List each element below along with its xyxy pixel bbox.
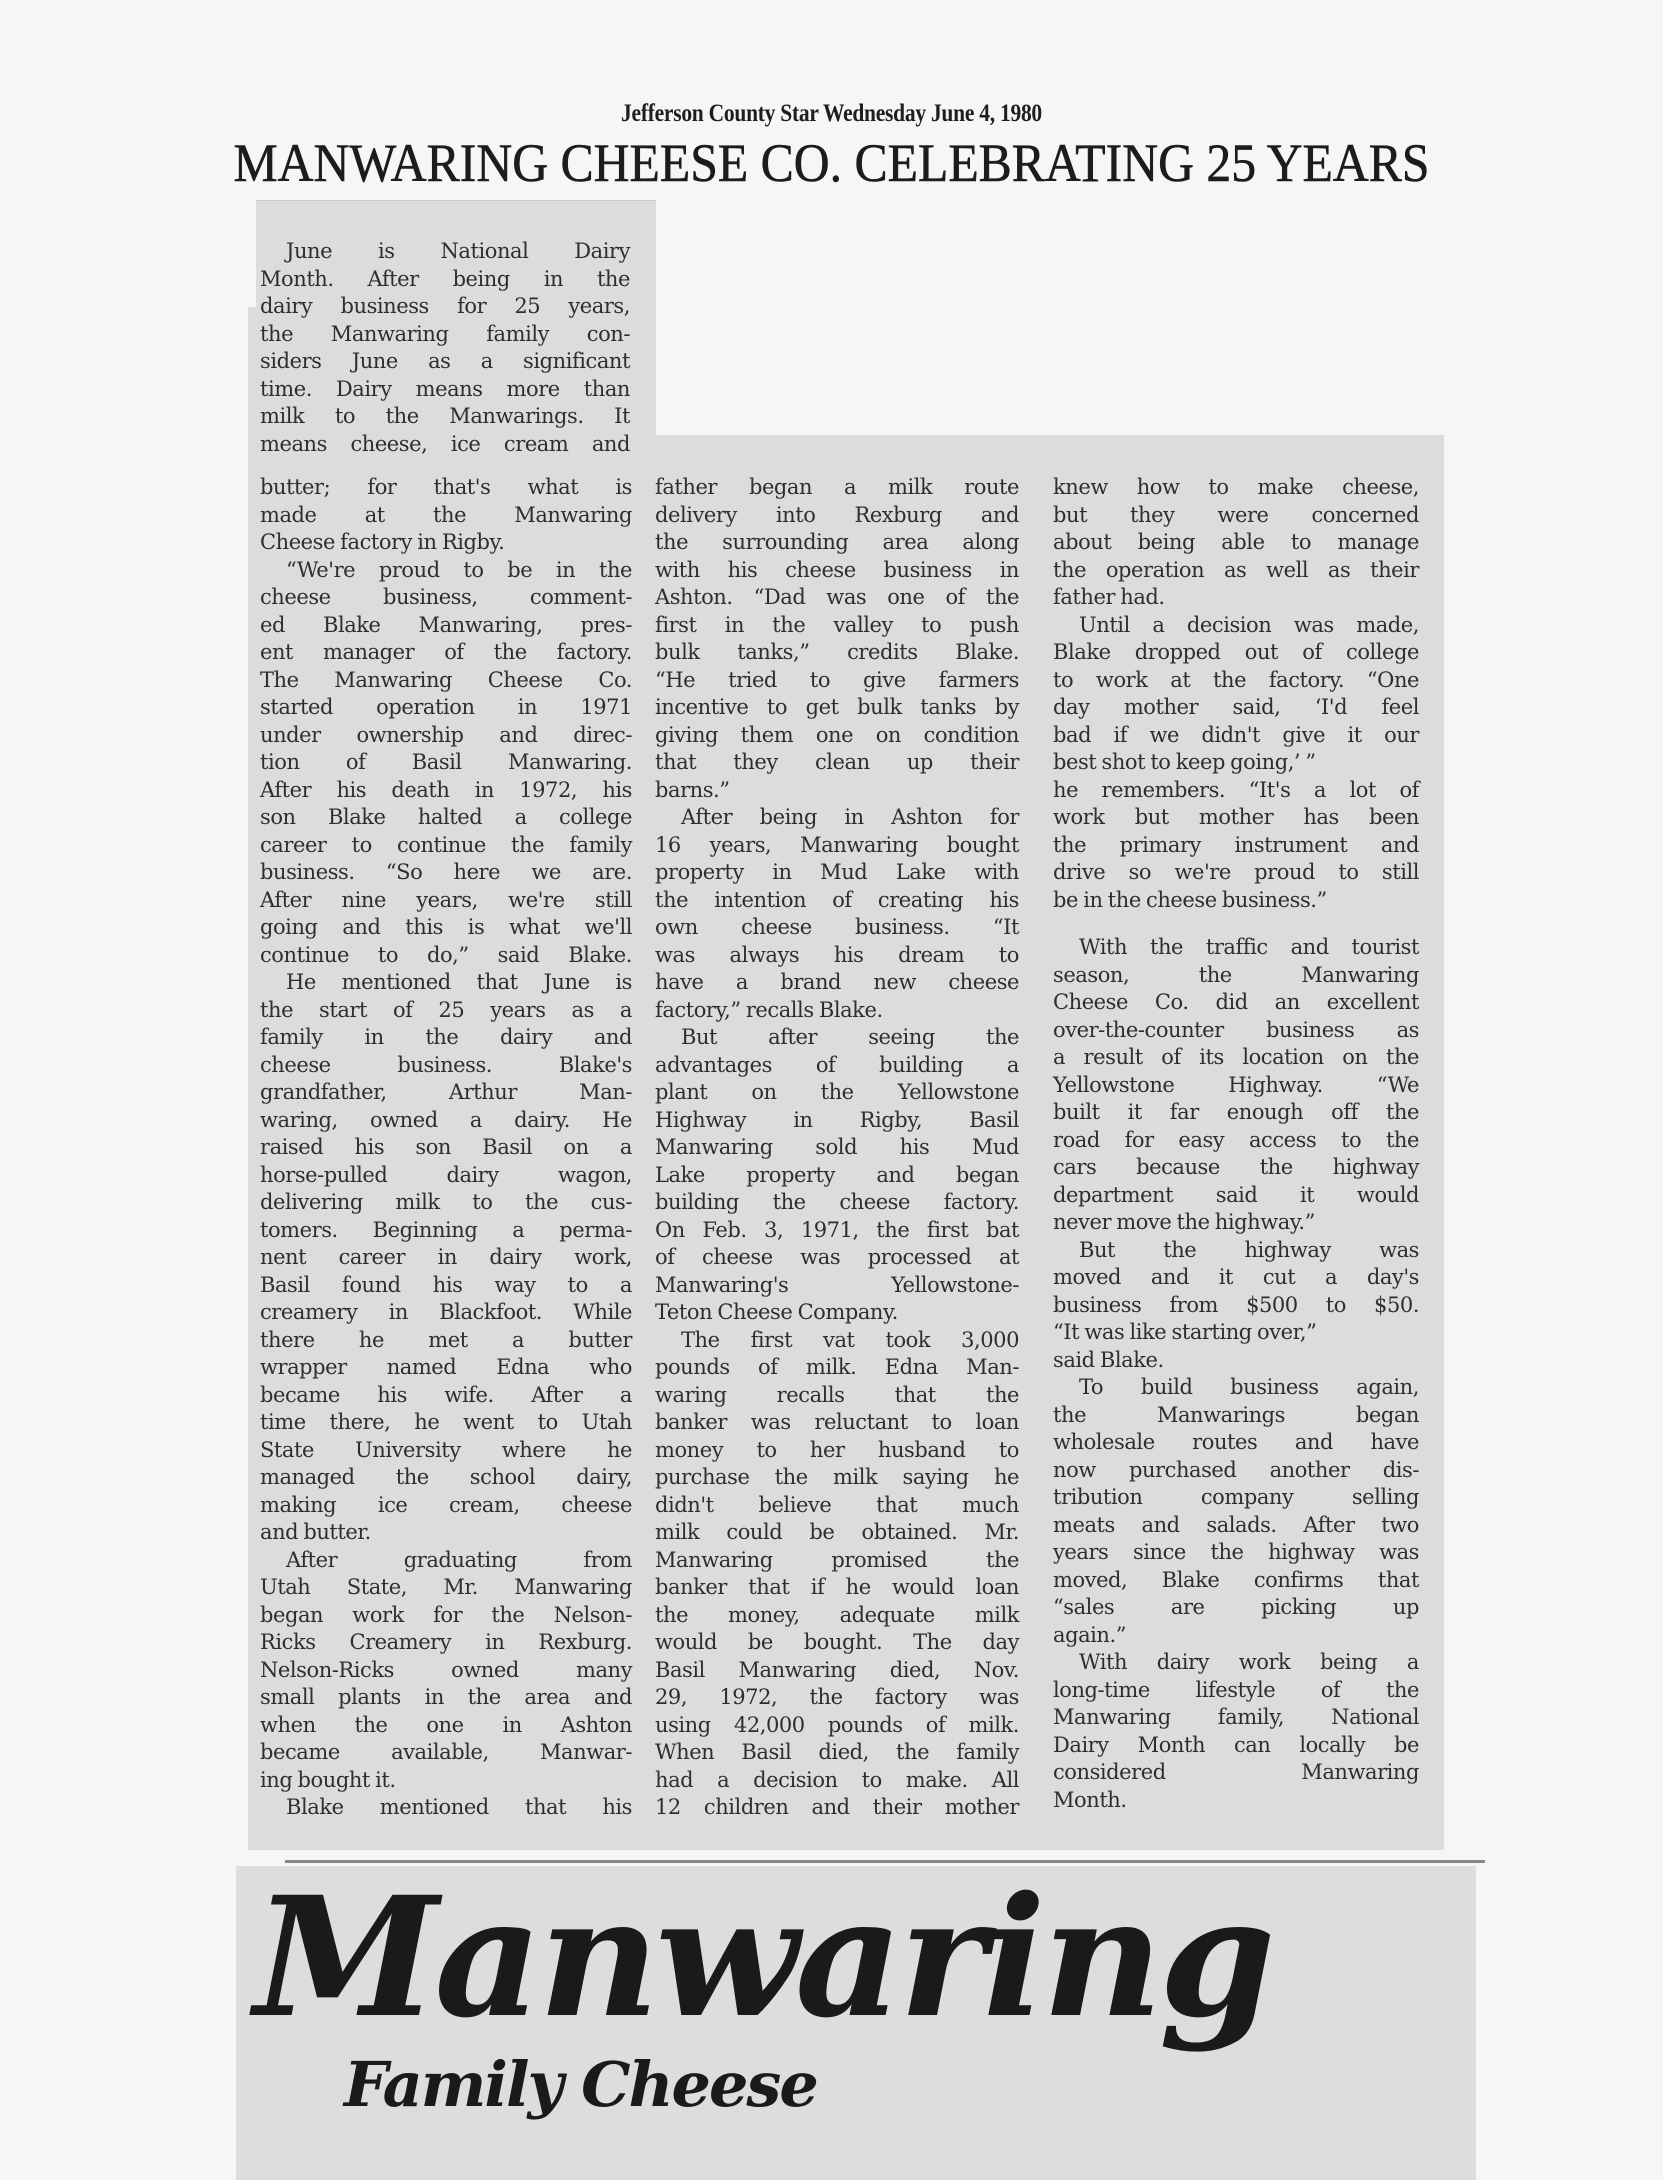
article-line: didn't believe that much (655, 1492, 1019, 1520)
article-line: with his cheese business in (655, 557, 1019, 585)
article-line: dairy business for 25 years, (260, 293, 630, 321)
article-line: first in the valley to push (655, 612, 1019, 640)
article-line: own cheese business. “It (655, 914, 1019, 942)
article-line: money to her husband to (655, 1437, 1019, 1465)
article-line: had a decision to make. All (655, 1767, 1019, 1795)
article-line: June is National Dairy (260, 238, 630, 266)
article-line: 12 children and their mother (655, 1794, 1019, 1822)
article-line: wholesale routes and have (1053, 1429, 1419, 1457)
article-line: that they clean up their (655, 749, 1019, 777)
article-line: purchase the milk saying he (655, 1464, 1019, 1492)
article-line: business. “So here we are. (260, 859, 632, 887)
article-line: Cheese Co. did an excellent (1053, 989, 1419, 1017)
article-line: never move the highway.” (1053, 1209, 1419, 1237)
article-line: road for easy access to the (1053, 1127, 1419, 1155)
article-line: Month. After being in the (260, 266, 630, 294)
article-line: and butter. (260, 1519, 632, 1547)
article-line: a result of its location on the (1053, 1044, 1419, 1072)
article-line: means cheese, ice cream and (260, 431, 630, 459)
article-line: when the one in Ashton (260, 1712, 632, 1740)
article-line: giving them one on condition (655, 722, 1019, 750)
article-line: family in the dairy and (260, 1024, 632, 1052)
article-line: business from $500 to $50. (1053, 1292, 1419, 1320)
article-line: milk to the Manwarings. It (260, 403, 630, 431)
article-line: the money, adequate milk (655, 1602, 1019, 1630)
article-line: son Blake halted a college (260, 804, 632, 832)
article-line: banker was reluctant to loan (655, 1409, 1019, 1437)
article-line: The Manwaring Cheese Co. (260, 667, 632, 695)
article-line: using 42,000 pounds of milk. (655, 1712, 1019, 1740)
dateline: Jefferson County Star Wednesday June 4, … (116, 100, 1546, 128)
article-line: State University where he (260, 1437, 632, 1465)
article-line: With the traffic and tourist (1053, 934, 1419, 962)
article-line: the primary instrument and (1053, 832, 1419, 860)
article-line: delivery into Rexburg and (655, 502, 1019, 530)
article-line: pounds of milk. Edna Man- (655, 1354, 1019, 1382)
article-line: tion of Basil Manwaring. (260, 749, 632, 777)
advertisement: Manwaring Family Cheese (236, 1866, 1476, 2180)
article-line: the Manwarings began (1053, 1402, 1419, 1430)
article-lead: June is National DairyMonth. After being… (260, 238, 630, 458)
article-line: cars because the highway (1053, 1154, 1419, 1182)
article-column-2: father began a milk routedelivery into R… (655, 474, 1019, 1822)
article-line: “sales are picking up (1053, 1594, 1419, 1622)
article-line: the surrounding area along (655, 529, 1019, 557)
article-line: Ashton. “Dad was one of the (655, 584, 1019, 612)
article-line: After being in Ashton for (655, 804, 1019, 832)
article-line: property in Mud Lake with (655, 859, 1019, 887)
article-line: Basil found his way to a (260, 1272, 632, 1300)
article-line: tomers. Beginning a perma- (260, 1217, 632, 1245)
article-line: work but mother has been (1053, 804, 1419, 832)
article-line: time there, he went to Utah (260, 1409, 632, 1437)
article-line: “He tried to give farmers (655, 667, 1019, 695)
article-line: barns.” (655, 777, 1019, 805)
article-line: became available, Manwar- (260, 1739, 632, 1767)
article-line: cheese business, comment- (260, 584, 632, 612)
article-line: bad if we didn't give it our (1053, 722, 1419, 750)
article-line: over-the-counter business as (1053, 1017, 1419, 1045)
article-column-3: knew how to make cheese,but they were co… (1053, 474, 1419, 1814)
article-line: of cheese was processed at (655, 1244, 1019, 1272)
article-line: ing bought it. (260, 1767, 632, 1795)
article-line: Lake property and began (655, 1162, 1019, 1190)
article-line: When Basil died, the family (655, 1739, 1019, 1767)
article-line: tribution company selling (1053, 1484, 1419, 1512)
article-line: delivering milk to the cus- (260, 1189, 632, 1217)
article-line: waring, owned a dairy. He (260, 1107, 632, 1135)
article-line: he remembers. “It's a lot of (1053, 777, 1419, 805)
article-line: Nelson-Ricks owned many (260, 1657, 632, 1685)
article-line: Basil Manwaring died, Nov. (655, 1657, 1019, 1685)
article-line: was always his dream to (655, 942, 1019, 970)
article-line: continue to do,” said Blake. (260, 942, 632, 970)
article-line: raised his son Basil on a (260, 1134, 632, 1162)
paragraph-gap (1053, 914, 1419, 934)
article-line: but they were concerned (1053, 502, 1419, 530)
article-line: years since the highway was (1053, 1539, 1419, 1567)
article-line: again.” (1053, 1622, 1419, 1650)
article-column-1: butter; for that's what ismade at the Ma… (260, 474, 632, 1822)
article-line: Ricks Creamery in Rexburg. (260, 1629, 632, 1657)
article-line: moved, Blake confirms that (1053, 1567, 1419, 1595)
article-line: father began a milk route (655, 474, 1019, 502)
article-line: made at the Manwaring (260, 502, 632, 530)
article-column-3-part-2: With the traffic and touristseason, the … (1053, 934, 1419, 1814)
article-line: Until a decision was made, (1053, 612, 1419, 640)
article-line: season, the Manwaring (1053, 962, 1419, 990)
article-line: became his wife. After a (260, 1382, 632, 1410)
article-line: considered Manwaring (1053, 1759, 1419, 1787)
article-line: wrapper named Edna who (260, 1354, 632, 1382)
article-line: After his death in 1972, his (260, 777, 632, 805)
article-line: built it far enough off the (1053, 1099, 1419, 1127)
article-line: Manwaring family, National (1053, 1704, 1419, 1732)
article-line: moved and it cut a day's (1053, 1264, 1419, 1292)
article-line: going and this is what we'll (260, 914, 632, 942)
article-line: time. Dairy means more than (260, 376, 630, 404)
article-line: day mother said, ‘I'd feel (1053, 694, 1419, 722)
article-line: factory,” recalls Blake. (655, 997, 1019, 1025)
article-line: long-time lifestyle of the (1053, 1677, 1419, 1705)
article-line: about being able to manage (1053, 529, 1419, 557)
article-line: banker that if he would loan (655, 1574, 1019, 1602)
article-line: said Blake. (1053, 1347, 1419, 1375)
article-line: The first vat took 3,000 (655, 1327, 1019, 1355)
article-line: meats and salads. After two (1053, 1512, 1419, 1540)
article-line: plant on the Yellowstone (655, 1079, 1019, 1107)
article-line: the intention of creating his (655, 887, 1019, 915)
article-line: “We're proud to be in the (260, 557, 632, 585)
article-line: advantages of building a (655, 1052, 1019, 1080)
page-title: MANWARING CHEESE CO. CELEBRATING 25 YEAR… (67, 132, 1597, 194)
article-line: managed the school dairy, (260, 1464, 632, 1492)
article-line: ed Blake Manwaring, pres- (260, 612, 632, 640)
article-line: But the highway was (1053, 1237, 1419, 1265)
article-line: making ice cream, cheese (260, 1492, 632, 1520)
article-line: under ownership and direc- (260, 722, 632, 750)
article-line: ent manager of the factory. (260, 639, 632, 667)
article-line: Manwaring promised the (655, 1547, 1019, 1575)
article-line: there he met a butter (260, 1327, 632, 1355)
article-line: 16 years, Manwaring bought (655, 832, 1019, 860)
article-line: Utah State, Mr. Manwaring (260, 1574, 632, 1602)
article-line: siders June as a significant (260, 348, 630, 376)
article-column-3-part-1: knew how to make cheese,but they were co… (1053, 474, 1419, 914)
article-line: small plants in the area and (260, 1684, 632, 1712)
article-line: began work for the Nelson- (260, 1602, 632, 1630)
article-line: incentive to get bulk tanks by (655, 694, 1019, 722)
article-line: Dairy Month can locally be (1053, 1732, 1419, 1760)
article-line: be in the cheese business.” (1053, 887, 1419, 915)
article-line: After graduating from (260, 1547, 632, 1575)
article-line: On Feb. 3, 1971, the first bat (655, 1217, 1019, 1245)
article-line: Blake dropped out of college (1053, 639, 1419, 667)
article-line: Highway in Rigby, Basil (655, 1107, 1019, 1135)
article-line: horse-pulled dairy wagon, (260, 1162, 632, 1190)
article-line: He mentioned that June is (260, 969, 632, 997)
article-line: to work at the factory. “One (1053, 667, 1419, 695)
article-line: building the cheese factory. (655, 1189, 1019, 1217)
article-line: waring recalls that the (655, 1382, 1019, 1410)
article-line: Teton Cheese Company. (655, 1299, 1019, 1327)
article-line: bulk tanks,” credits Blake. (655, 639, 1019, 667)
article-line: Blake mentioned that his (260, 1794, 632, 1822)
article-line: career to continue the family (260, 832, 632, 860)
article-line: have a brand new cheese (655, 969, 1019, 997)
article-line: Manwaring sold his Mud (655, 1134, 1019, 1162)
article-line: 29, 1972, the factory was (655, 1684, 1019, 1712)
article-line: “It was like starting over,” (1053, 1319, 1419, 1347)
article-line: To build business again, (1053, 1374, 1419, 1402)
article-line: the start of 25 years as a (260, 997, 632, 1025)
article-line: father had. (1053, 584, 1419, 612)
article-line: drive so we're proud to still (1053, 859, 1419, 887)
article-line: creamery in Blackfoot. While (260, 1299, 632, 1327)
article-line: But after seeing the (655, 1024, 1019, 1052)
article-line: department said it would (1053, 1182, 1419, 1210)
article-line: now purchased another dis- (1053, 1457, 1419, 1485)
ad-brand-name: Manwaring (254, 1872, 1271, 2042)
article-line: butter; for that's what is (260, 474, 632, 502)
article-line: Cheese factory in Rigby. (260, 529, 632, 557)
article-line: best shot to keep going,’ ” (1053, 749, 1419, 777)
article-line: knew how to make cheese, (1053, 474, 1419, 502)
article-line: nent career in dairy work, (260, 1244, 632, 1272)
article-line: With dairy work being a (1053, 1649, 1419, 1677)
article-line: Month. (1053, 1787, 1419, 1815)
article-line: Manwaring's Yellowstone- (655, 1272, 1019, 1300)
article-line: the Manwaring family con- (260, 321, 630, 349)
article-line: After nine years, we're still (260, 887, 632, 915)
ad-tagline: Family Cheese (344, 2050, 817, 2120)
article-line: cheese business. Blake's (260, 1052, 632, 1080)
article-line: milk could be obtained. Mr. (655, 1519, 1019, 1547)
article-line: Yellowstone Highway. “We (1053, 1072, 1419, 1100)
article-line: would be bought. The day (655, 1629, 1019, 1657)
article-line: grandfather, Arthur Man- (260, 1079, 632, 1107)
article-line: the operation as well as their (1053, 557, 1419, 585)
article-line: started operation in 1971 (260, 694, 632, 722)
